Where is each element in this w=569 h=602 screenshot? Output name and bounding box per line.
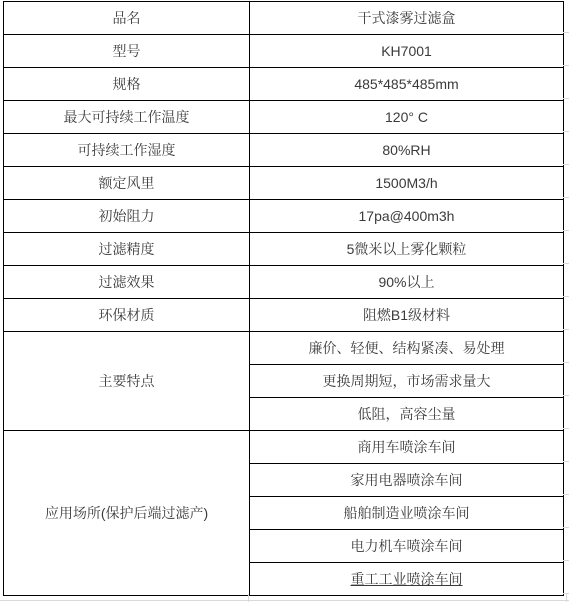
- spec-label-cell: 额定风里: [4, 167, 250, 200]
- spec-value-cell: 廉价、轻便、结构紧凑、易处理: [250, 332, 564, 365]
- spec-value-cell: 更换周期短，市场需求量大: [250, 365, 564, 398]
- gridline-remnant-right: [563, 0, 569, 594]
- spec-label-cell: 过滤效果: [4, 266, 250, 299]
- spec-value-cell: 重工工业喷涂车间: [250, 563, 564, 596]
- spec-value-cell: 1500M3/h: [250, 167, 564, 200]
- spec-value-cell: 17pa@400m3h: [250, 200, 564, 233]
- table-row: 应用场所(保护后端过滤产) 商用车喷涂车间: [4, 431, 564, 464]
- spec-label-cell: 过滤精度: [4, 233, 250, 266]
- table-row: 可持续工作湿度 80%RH: [4, 134, 564, 167]
- spec-label-cell: 环保材质: [4, 299, 250, 332]
- table-row: 环保材质 阻燃B1级材料: [4, 299, 564, 332]
- spec-label-cell: 品名: [4, 2, 250, 35]
- table-row: 额定风里 1500M3/h: [4, 167, 564, 200]
- spec-value-cell: 485*485*485mm: [250, 68, 564, 101]
- spec-label-cell-main-features: 主要特点: [4, 332, 250, 431]
- spec-value-cell: 120° C: [250, 101, 564, 134]
- spec-label-cell: 型号: [4, 35, 250, 68]
- spec-value-cell: 阻燃B1级材料: [250, 299, 564, 332]
- spreadsheet-canvas: 品名 干式漆雾过滤盒 型号 KH7001 规格 485*485*485mm 最大…: [0, 0, 569, 602]
- spec-value-cell: 低阻，高容尘量: [250, 398, 564, 431]
- spec-value-cell: 90%以上: [250, 266, 564, 299]
- table-row: 品名 干式漆雾过滤盒: [4, 2, 564, 35]
- spec-value-cell: 电力机车喷涂车间: [250, 530, 564, 563]
- gridline-remnant-bottom: [0, 600, 569, 601]
- gridline-remnant-column-divider: [248, 594, 249, 602]
- table-row: 型号 KH7001: [4, 35, 564, 68]
- table-row: 规格 485*485*485mm: [4, 68, 564, 101]
- spec-value-cell: 80%RH: [250, 134, 564, 167]
- spec-value-cell: 干式漆雾过滤盒: [250, 2, 564, 35]
- spec-value-cell: 5微米以上雾化颗粒: [250, 233, 564, 266]
- table-row: 主要特点 廉价、轻便、结构紧凑、易处理: [4, 332, 564, 365]
- table-row: 过滤精度 5微米以上雾化颗粒: [4, 233, 564, 266]
- gridline-remnant-right-edge: [566, 594, 567, 602]
- spec-label-cell: 规格: [4, 68, 250, 101]
- product-spec-table: 品名 干式漆雾过滤盒 型号 KH7001 规格 485*485*485mm 最大…: [3, 1, 564, 596]
- spec-label-cell: 最大可持续工作温度: [4, 101, 250, 134]
- spec-value-cell: 家用电器喷涂车间: [250, 464, 564, 497]
- spec-label-cell: 初始阻力: [4, 200, 250, 233]
- spec-value-cell: 商用车喷涂车间: [250, 431, 564, 464]
- spec-label-cell: 可持续工作湿度: [4, 134, 250, 167]
- spec-value-cell: 船舶制造业喷涂车间: [250, 497, 564, 530]
- table-row: 初始阻力 17pa@400m3h: [4, 200, 564, 233]
- table-row: 最大可持续工作温度 120° C: [4, 101, 564, 134]
- spec-label-cell-applications: 应用场所(保护后端过滤产): [4, 431, 250, 596]
- spec-value-cell: KH7001: [250, 35, 564, 68]
- table-row: 过滤效果 90%以上: [4, 266, 564, 299]
